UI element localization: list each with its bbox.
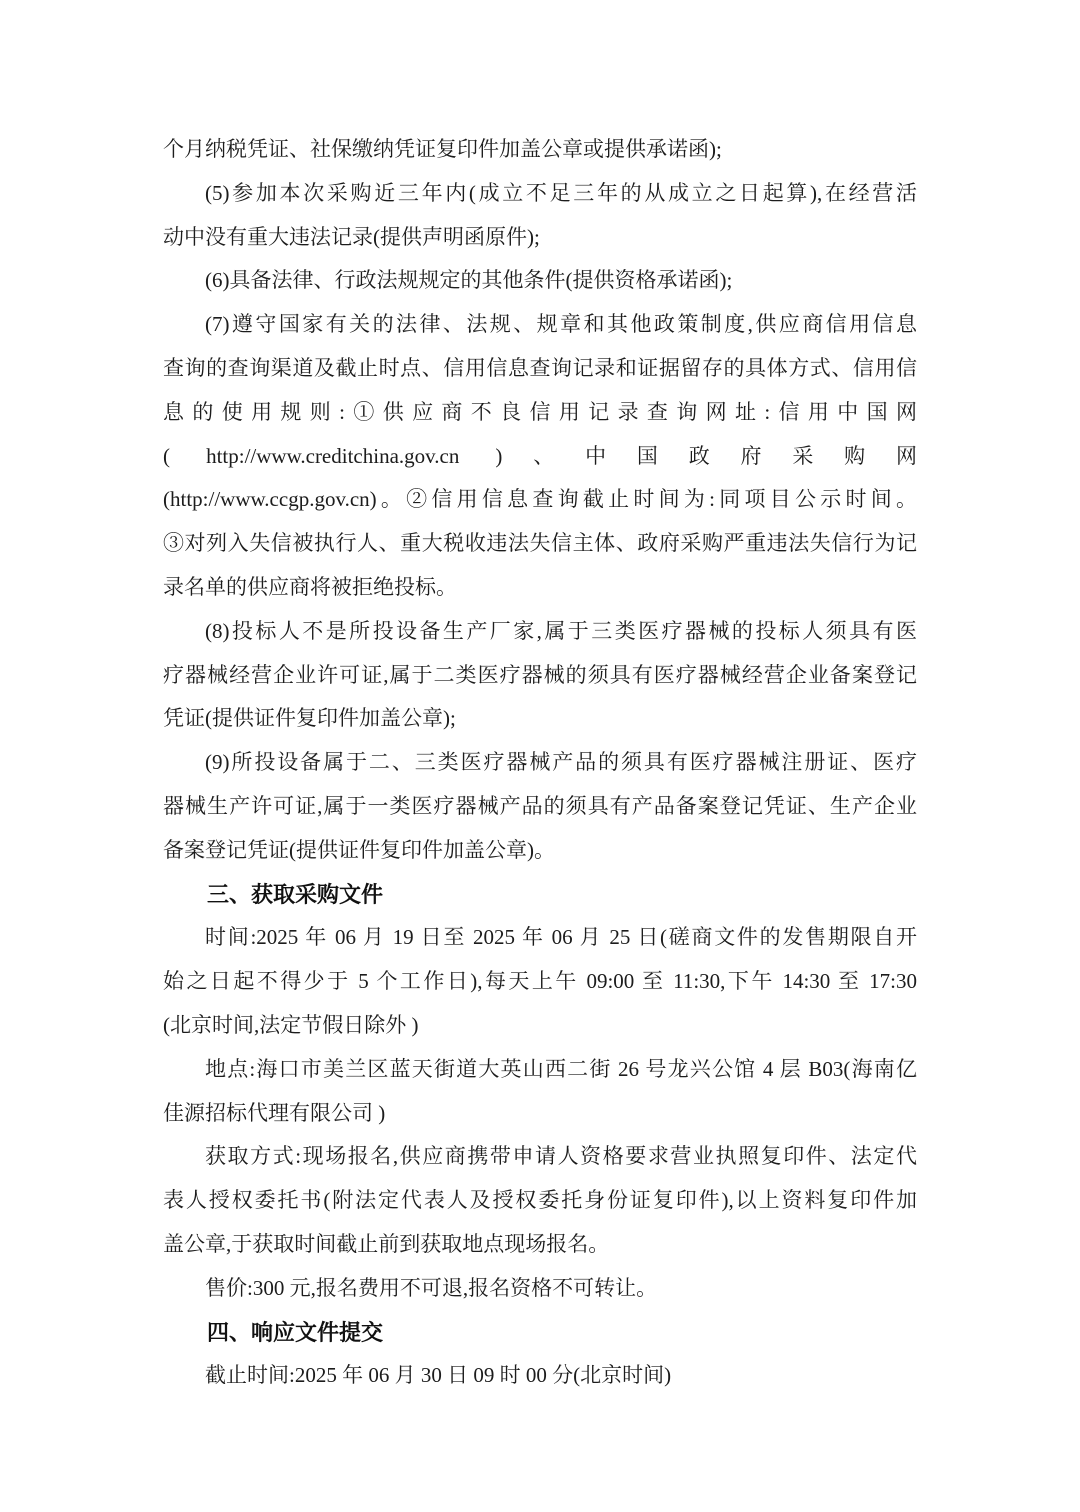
text-line: 个月纳税凭证、社保缴纳凭证复印件加盖公章或提供承诺函);	[163, 128, 917, 172]
text-line: 备案登记凭证(提供证件复印件加盖公章)。	[163, 829, 917, 873]
text-line: (6)具备法律、行政法规规定的其他条件(提供资格承诺函);	[163, 259, 917, 303]
text-line: 凭证(提供证件复印件加盖公章);	[163, 697, 917, 741]
text-line: 查询的查询渠道及截止时点、信用信息查询记录和证据留存的具体方式、信用信	[163, 347, 917, 391]
text-line-method: 获取方式:现场报名,供应商携带申请人资格要求营业执照复印件、法定代	[163, 1135, 917, 1179]
text-line-price: 售价:300 元,报名费用不可退,报名资格不可转让。	[163, 1267, 917, 1311]
section-heading-response-submission: 四、响应文件提交	[163, 1311, 917, 1355]
text-line-deadline: 截止时间:2025 年 06 月 30 日 09 时 00 分(北京时间)	[163, 1354, 917, 1398]
text-line: ③对列入失信被执行人、重大税收违法失信主体、政府采购严重违法失信行为记	[163, 522, 917, 566]
text-line-url: ( http://www.creditchina.gov.cn )、中国政府采购…	[163, 435, 917, 479]
text-line-method: 盖公章,于获取时间截止前到获取地点现场报名。	[163, 1223, 917, 1267]
text-line-location: 佳源招标代理有限公司 )	[163, 1092, 917, 1136]
text-line-url: (http://www.ccgp.gov.cn)。②信用信息查询截止时间为:同项…	[163, 478, 917, 522]
document-page: 个月纳税凭证、社保缴纳凭证复印件加盖公章或提供承诺函); (5)参加本次采购近三…	[0, 0, 1080, 1512]
section-heading-get-documents: 三、获取采购文件	[163, 873, 917, 917]
text-line-time: 始之日起不得少于 5 个工作日),每天上午 09:00 至 11:30,下午 1…	[163, 960, 917, 1004]
text-line: (5)参加本次采购近三年内(成立不足三年的从成立之日起算),在经营活	[163, 172, 917, 216]
text-line: (7)遵守国家有关的法律、法规、规章和其他政策制度,供应商信用信息	[163, 303, 917, 347]
text-line: 息的使用规则:①供应商不良信用记录查询网址:信用中国网	[163, 391, 917, 435]
text-line-location: 地点:海口市美兰区蓝天街道大英山西二街 26 号龙兴公馆 4 层 B03(海南亿	[163, 1048, 917, 1092]
document-body: 个月纳税凭证、社保缴纳凭证复印件加盖公章或提供承诺函); (5)参加本次采购近三…	[163, 128, 917, 1398]
text-line: 动中没有重大违法记录(提供声明函原件);	[163, 216, 917, 260]
text-line: 录名单的供应商将被拒绝投标。	[163, 566, 917, 610]
text-line: (北京时间,法定节假日除外 )	[163, 1004, 917, 1048]
text-line: (9)所投设备属于二、三类医疗器械产品的须具有医疗器械注册证、医疗	[163, 741, 917, 785]
text-line-method: 表人授权委托书(附法定代表人及授权委托身份证复印件),以上资料复印件加	[163, 1179, 917, 1223]
text-line: (8)投标人不是所投设备生产厂家,属于三类医疗器械的投标人须具有医	[163, 610, 917, 654]
text-line-time: 时间:2025 年 06 月 19 日至 2025 年 06 月 25 日(磋商…	[163, 916, 917, 960]
text-line: 器械生产许可证,属于一类医疗器械产品的须具有产品备案登记凭证、生产企业	[163, 785, 917, 829]
text-line: 疗器械经营企业许可证,属于二类医疗器械的须具有医疗器械经营企业备案登记	[163, 654, 917, 698]
